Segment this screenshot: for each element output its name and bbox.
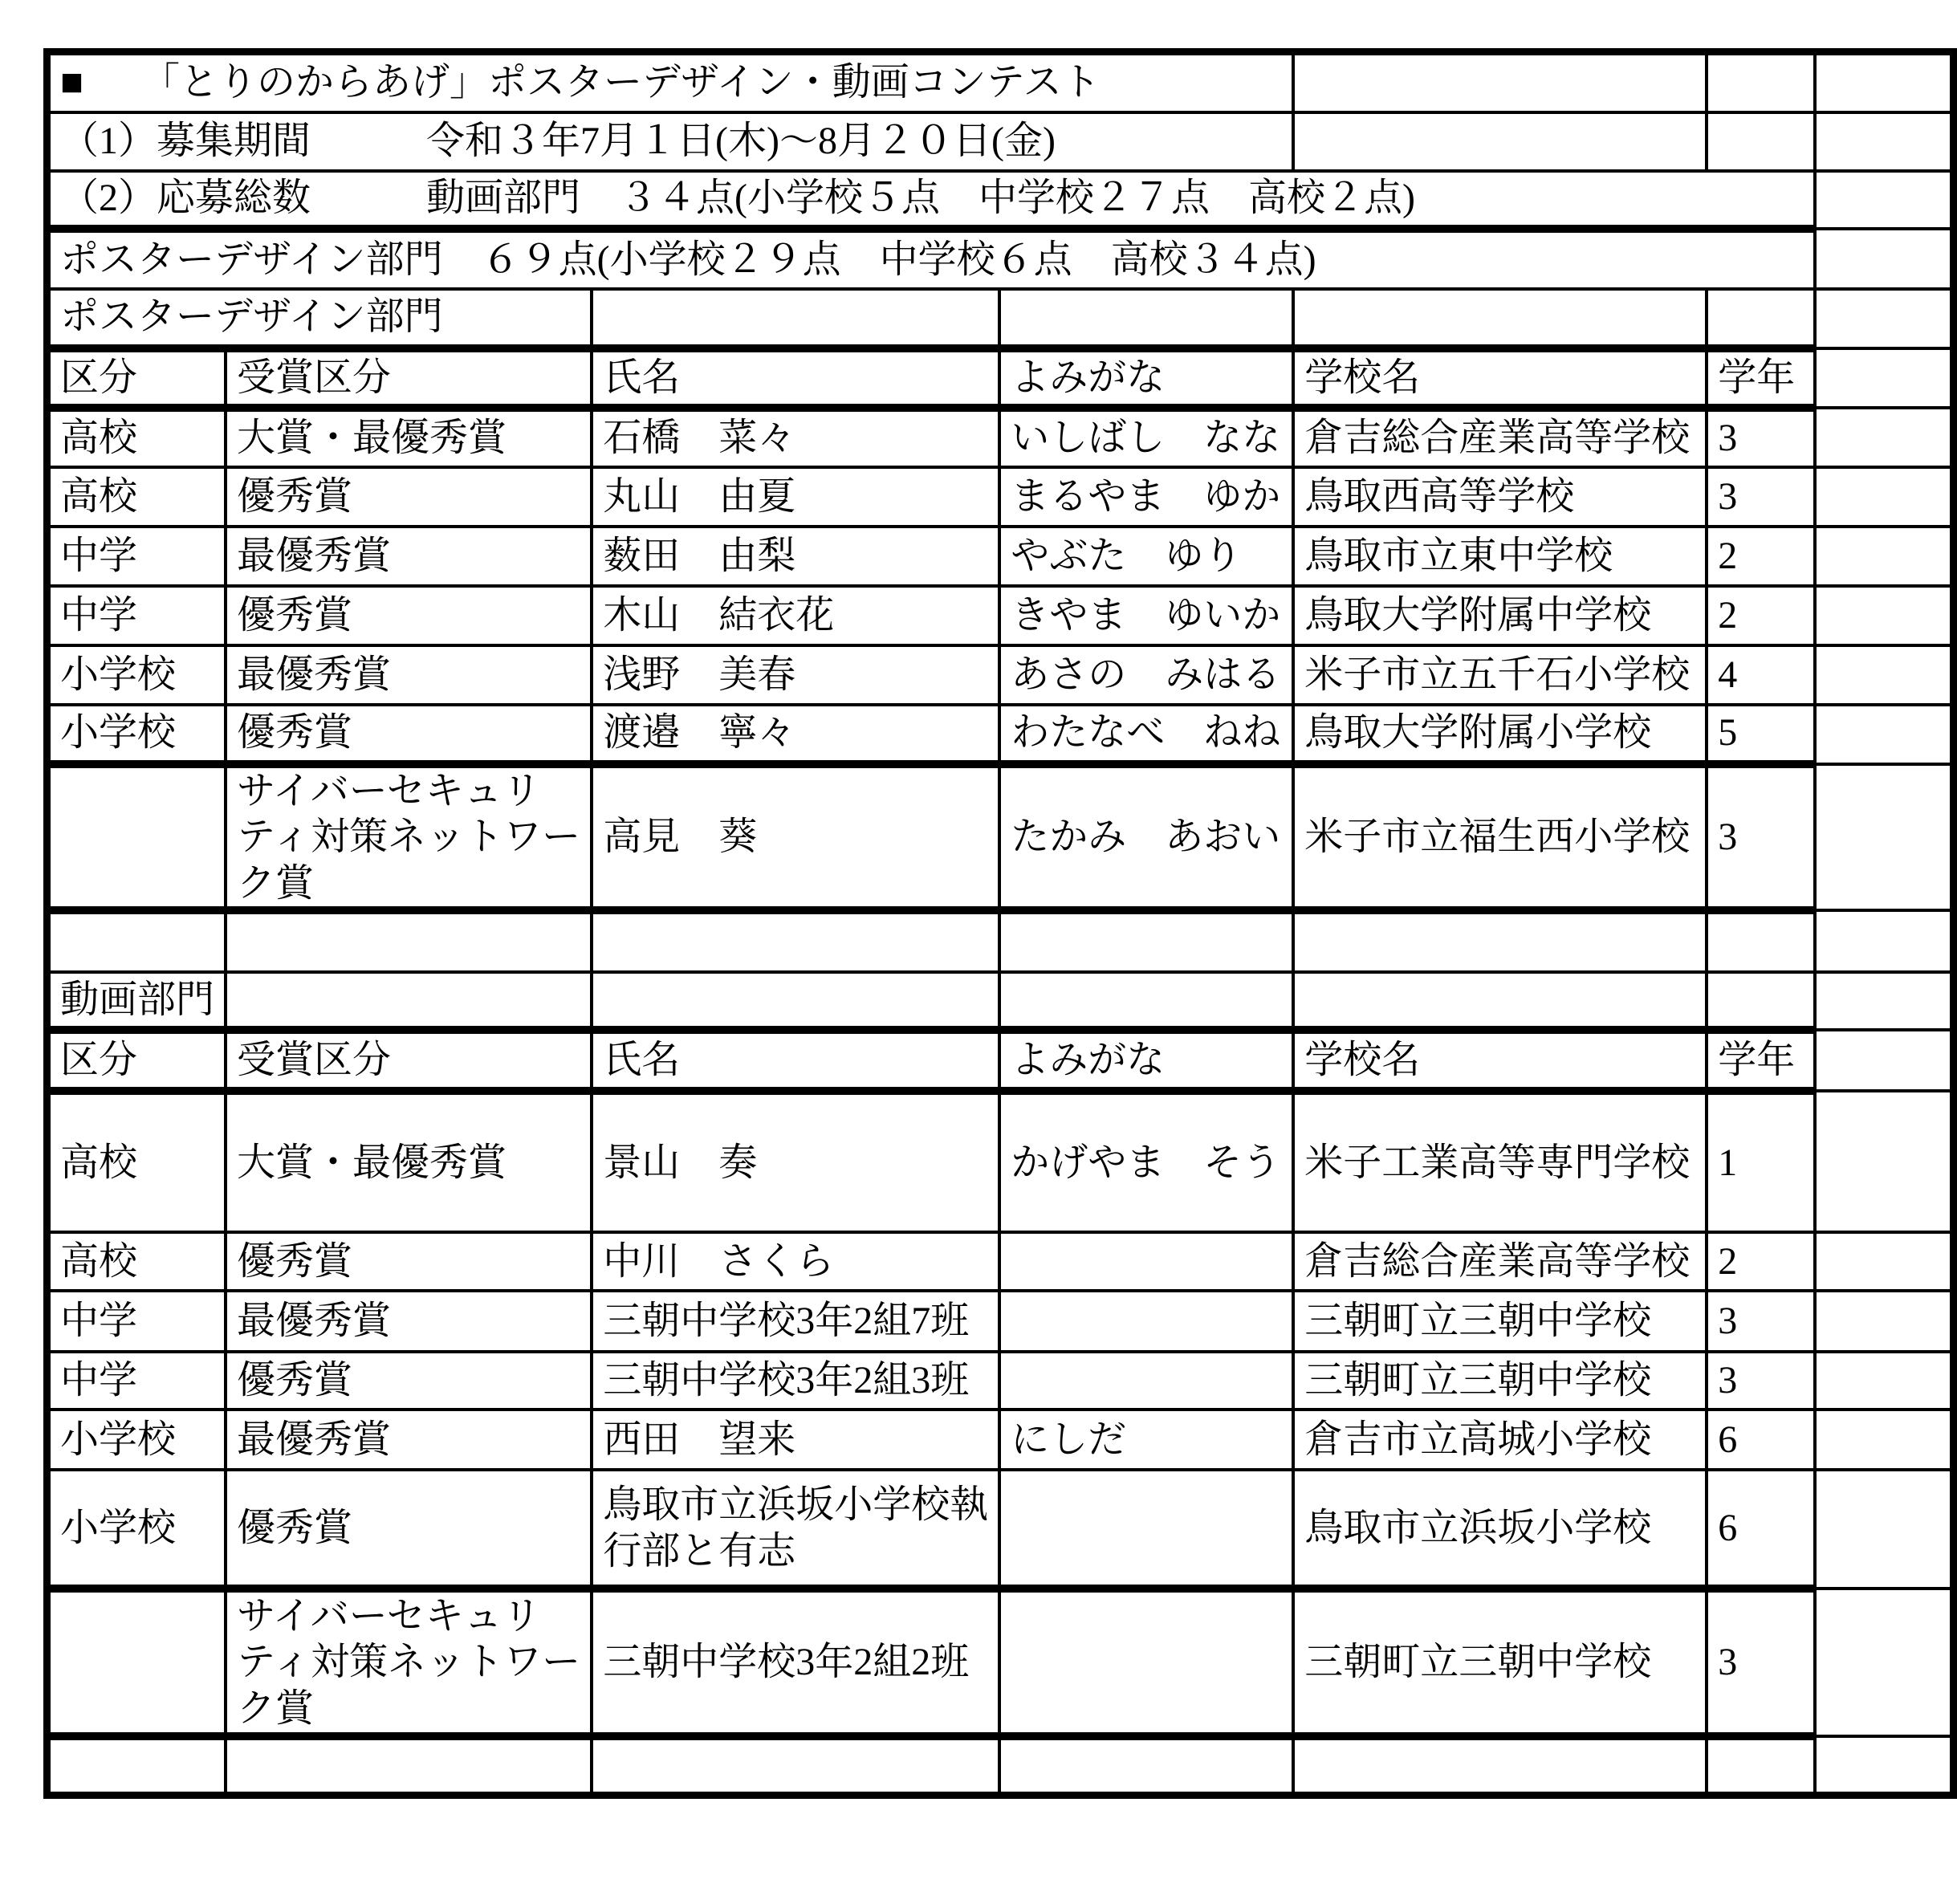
poster-section-title: ポスターデザイン部門 [47, 289, 592, 348]
cell-award: 最優秀賞 [226, 1410, 592, 1470]
empty-cell [1293, 289, 1707, 348]
empty-cell [1293, 112, 1707, 171]
cell-reading [999, 910, 1293, 972]
empty-cell [1707, 52, 1814, 112]
column-header-school: 学校名 [1293, 1030, 1707, 1091]
cell-category: 高校 [47, 1091, 226, 1232]
cell-reading [999, 972, 1293, 1030]
cell-name: 三朝中学校3年2組2班 [592, 1589, 999, 1736]
table-row: 中学最優秀賞三朝中学校3年2組7班三朝町立三朝中学校3 [47, 1291, 1954, 1352]
section-row-poster: ポスターデザイン部門 [47, 289, 1954, 348]
cell-reading: にしだ [999, 1410, 1293, 1470]
cell-extra [1815, 1736, 1954, 1795]
cell-award: 優秀賞 [226, 586, 592, 645]
cell-category: 中学 [47, 527, 226, 586]
cell-award: サイバーセキュリ ティ対策ネットワー ク賞 [226, 1589, 592, 1736]
cell-reading: いしばし なな [999, 408, 1293, 467]
cell-grade: 2 [1707, 527, 1814, 586]
cell-reading: やぶた ゆり [999, 527, 1293, 586]
contest-title: ■ 「とりのからあげ」ポスターデザイン・動画コンテスト [47, 52, 1294, 112]
contest-table-body: ■ 「とりのからあげ」ポスターデザイン・動画コンテスト（1）募集期間 令和３年7… [47, 52, 1954, 1796]
cell-extra [1815, 1352, 1954, 1410]
cell-reading: あさの みはる [999, 645, 1293, 705]
cell-grade: 6 [1707, 1470, 1814, 1589]
cell-name: 中川 さくら [592, 1232, 999, 1291]
cell-school: 三朝町立三朝中学校 [1293, 1589, 1707, 1736]
cell-school: 倉吉市立高城小学校 [1293, 1410, 1707, 1470]
empty-cell [1815, 52, 1954, 112]
cell-school: 鳥取西高等学校 [1293, 467, 1707, 527]
column-header-category: 区分 [47, 1030, 226, 1091]
cell-school: 米子市立五千石小学校 [1293, 645, 1707, 705]
column-header-award: 受賞区分 [226, 1030, 592, 1091]
document-page: ■ 「とりのからあげ」ポスターデザイン・動画コンテスト（1）募集期間 令和３年7… [0, 48, 1957, 1904]
cell-category: 中学 [47, 1291, 226, 1352]
cell-award: 最優秀賞 [226, 645, 592, 705]
empty-cell [1707, 289, 1814, 348]
cell-grade: 3 [1707, 1589, 1814, 1736]
column-header-reading: よみがな [999, 348, 1293, 408]
column-header-name: 氏名 [592, 1030, 999, 1091]
cell-category: 小学校 [47, 1470, 226, 1589]
cell-reading: きやま ゆいか [999, 586, 1293, 645]
cell-reading [999, 1589, 1293, 1736]
cell-school [1293, 972, 1707, 1030]
cell-reading: まるやま ゆか [999, 467, 1293, 527]
cell-extra [1815, 527, 1954, 586]
cell-award [226, 972, 592, 1030]
entry-count-poster-row: ポスターデザイン部門 ６９点(小学校２９点 中学校６点 高校３４点) [47, 229, 1954, 289]
cell-reading: かげやま そう [999, 1091, 1293, 1232]
cell-school: 米子工業高等専門学校 [1293, 1091, 1707, 1232]
cell-reading [999, 1352, 1293, 1410]
cell-name: 鳥取市立浜坂小学校執 行部と有志 [592, 1470, 999, 1589]
cell-grade: 5 [1707, 705, 1814, 764]
cell-extra [1815, 910, 1954, 972]
cell-grade: 3 [1707, 408, 1814, 467]
cell-school [1293, 1736, 1707, 1795]
table-row: 高校大賞・最優秀賞景山 奏かげやま そう米子工業高等専門学校1 [47, 1091, 1954, 1232]
cell-extra [1815, 586, 1954, 645]
cell-reading: たかみ あおい [999, 764, 1293, 911]
recruitment-period: （1）募集期間 令和３年7月１日(木)～8月２０日(金) [47, 112, 1294, 171]
cell-name [592, 910, 999, 972]
cell-reading [999, 1232, 1293, 1291]
cell-name: 薮田 由梨 [592, 527, 999, 586]
empty-cell [592, 289, 999, 348]
cell-award: 大賞・最優秀賞 [226, 1091, 592, 1232]
cell-category: 小学校 [47, 645, 226, 705]
cell-grade: 3 [1707, 764, 1814, 911]
cell-school: 倉吉総合産業高等学校 [1293, 408, 1707, 467]
cell-award: 優秀賞 [226, 705, 592, 764]
table-row: 高校大賞・最優秀賞石橋 菜々いしばし なな倉吉総合産業高等学校3 [47, 408, 1954, 467]
cell-category [47, 1589, 226, 1736]
cell-name: 浅野 美春 [592, 645, 999, 705]
table-row: 高校優秀賞丸山 由夏まるやま ゆか鳥取西高等学校3 [47, 467, 1954, 527]
cell-name: 三朝中学校3年2組7班 [592, 1291, 999, 1352]
cell-name: 三朝中学校3年2組3班 [592, 1352, 999, 1410]
column-header-school: 学校名 [1293, 348, 1707, 408]
table-row: 小学校最優秀賞浅野 美春あさの みはる米子市立五千石小学校4 [47, 645, 1954, 705]
table-row: 高校優秀賞中川 さくら倉吉総合産業高等学校2 [47, 1232, 1954, 1291]
cell-name [592, 972, 999, 1030]
column-header-grade: 学年 [1707, 348, 1814, 408]
cell-award: サイバーセキュリ ティ対策ネットワー ク賞 [226, 764, 592, 911]
cell-category: 小学校 [47, 1410, 226, 1470]
cell-reading: わたなべ ねね [999, 705, 1293, 764]
video-entry-count: （2）応募総数 動画部門 ３４点(小学校５点 中学校２７点 高校２点) [47, 171, 1815, 229]
cell-reading [999, 1736, 1293, 1795]
cell-category: 中学 [47, 586, 226, 645]
cell-school: 鳥取大学附属小学校 [1293, 705, 1707, 764]
blank-row [47, 1736, 1954, 1795]
cell-award [226, 1736, 592, 1795]
cell-grade [1707, 972, 1814, 1030]
table-row: 小学校優秀賞渡邉 寧々わたなべ ねね鳥取大学附属小学校5 [47, 705, 1954, 764]
cell-school: 鳥取市立東中学校 [1293, 527, 1707, 586]
cell-category: 高校 [47, 467, 226, 527]
column-header-extra [1815, 348, 1954, 408]
empty-cell [1815, 229, 1954, 289]
cell-grade: 3 [1707, 1352, 1814, 1410]
cell-award: 最優秀賞 [226, 1291, 592, 1352]
cell-award [226, 910, 592, 972]
cell-name: 丸山 由夏 [592, 467, 999, 527]
cell-category: 中学 [47, 1352, 226, 1410]
cell-school: 鳥取市立浜坂小学校 [1293, 1470, 1707, 1589]
poster-entry-count: ポスターデザイン部門 ６９点(小学校２９点 中学校６点 高校３４点) [47, 229, 1815, 289]
cell-extra [1815, 1232, 1954, 1291]
entry-count-video-row: （2）応募総数 動画部門 ３４点(小学校５点 中学校２７点 高校２点) [47, 171, 1954, 229]
cell-grade: 3 [1707, 1291, 1814, 1352]
empty-cell [1707, 112, 1814, 171]
cell-grade: 4 [1707, 645, 1814, 705]
section-row-video: 動画部門 [47, 972, 1954, 1030]
cell-grade: 3 [1707, 467, 1814, 527]
cell-name: 木山 結衣花 [592, 586, 999, 645]
header-row-poster: 区分受賞区分氏名よみがな学校名学年 [47, 348, 1954, 408]
contest-results-table: ■ 「とりのからあげ」ポスターデザイン・動画コンテスト（1）募集期間 令和３年7… [43, 48, 1957, 1799]
table-row: 中学優秀賞三朝中学校3年2組3班三朝町立三朝中学校3 [47, 1352, 1954, 1410]
cell-grade: 2 [1707, 586, 1814, 645]
cell-category: 小学校 [47, 705, 226, 764]
cell-award: 最優秀賞 [226, 527, 592, 586]
column-header-extra [1815, 1030, 1954, 1091]
cell-extra [1815, 972, 1954, 1030]
cell-award: 優秀賞 [226, 1232, 592, 1291]
blank-row [47, 910, 1954, 972]
cell-extra [1815, 1091, 1954, 1232]
table-row-special-award: サイバーセキュリ ティ対策ネットワー ク賞高見 葵たかみ あおい米子市立福生西小… [47, 764, 1954, 911]
table-row: 小学校優秀賞鳥取市立浜坂小学校執 行部と有志鳥取市立浜坂小学校6 [47, 1470, 1954, 1589]
cell-name: 石橋 菜々 [592, 408, 999, 467]
empty-cell [1815, 289, 1954, 348]
cell-school: 三朝町立三朝中学校 [1293, 1291, 1707, 1352]
cell-grade [1707, 910, 1814, 972]
cell-school: 鳥取大学附属中学校 [1293, 586, 1707, 645]
cell-school: 米子市立福生西小学校 [1293, 764, 1707, 911]
column-header-category: 区分 [47, 348, 226, 408]
cell-school: 倉吉総合産業高等学校 [1293, 1232, 1707, 1291]
cell-category [47, 910, 226, 972]
title-row: ■ 「とりのからあげ」ポスターデザイン・動画コンテスト [47, 52, 1954, 112]
cell-grade: 1 [1707, 1091, 1814, 1232]
cell-extra [1815, 1470, 1954, 1589]
column-header-grade: 学年 [1707, 1030, 1814, 1091]
cell-extra [1815, 467, 1954, 527]
video-section-title: 動画部門 [47, 972, 226, 1030]
table-row: 中学最優秀賞薮田 由梨やぶた ゆり鳥取市立東中学校2 [47, 527, 1954, 586]
cell-award: 優秀賞 [226, 1352, 592, 1410]
cell-grade [1707, 1736, 1814, 1795]
cell-name: 渡邉 寧々 [592, 705, 999, 764]
cell-category: 高校 [47, 408, 226, 467]
cell-name: 景山 奏 [592, 1091, 999, 1232]
table-row: 中学優秀賞木山 結衣花きやま ゆいか鳥取大学附属中学校2 [47, 586, 1954, 645]
cell-name [592, 1736, 999, 1795]
table-row-special-award: サイバーセキュリ ティ対策ネットワー ク賞三朝中学校3年2組2班三朝町立三朝中学… [47, 1589, 1954, 1736]
table-row: 小学校最優秀賞西田 望来にしだ倉吉市立高城小学校6 [47, 1410, 1954, 1470]
cell-extra [1815, 1410, 1954, 1470]
cell-award: 大賞・最優秀賞 [226, 408, 592, 467]
cell-reading [999, 1470, 1293, 1589]
cell-school [1293, 910, 1707, 972]
cell-award: 優秀賞 [226, 1470, 592, 1589]
cell-grade: 6 [1707, 1410, 1814, 1470]
cell-extra [1815, 408, 1954, 467]
cell-school: 三朝町立三朝中学校 [1293, 1352, 1707, 1410]
header-row-video: 区分受賞区分氏名よみがな学校名学年 [47, 1030, 1954, 1091]
cell-reading [999, 1291, 1293, 1352]
cell-extra [1815, 1589, 1954, 1736]
cell-category [47, 1736, 226, 1795]
column-header-award: 受賞区分 [226, 348, 592, 408]
cell-extra [1815, 705, 1954, 764]
cell-extra [1815, 764, 1954, 911]
cell-name: 高見 葵 [592, 764, 999, 911]
cell-extra [1815, 645, 1954, 705]
cell-category [47, 764, 226, 911]
empty-cell [1815, 112, 1954, 171]
recruitment-period-row: （1）募集期間 令和３年7月１日(木)～8月２０日(金) [47, 112, 1954, 171]
column-header-name: 氏名 [592, 348, 999, 408]
cell-award: 優秀賞 [226, 467, 592, 527]
cell-name: 西田 望来 [592, 1410, 999, 1470]
empty-cell [999, 289, 1293, 348]
cell-extra [1815, 1291, 1954, 1352]
column-header-reading: よみがな [999, 1030, 1293, 1091]
cell-grade: 2 [1707, 1232, 1814, 1291]
empty-cell [1815, 171, 1954, 229]
cell-category: 高校 [47, 1232, 226, 1291]
empty-cell [1293, 52, 1707, 112]
